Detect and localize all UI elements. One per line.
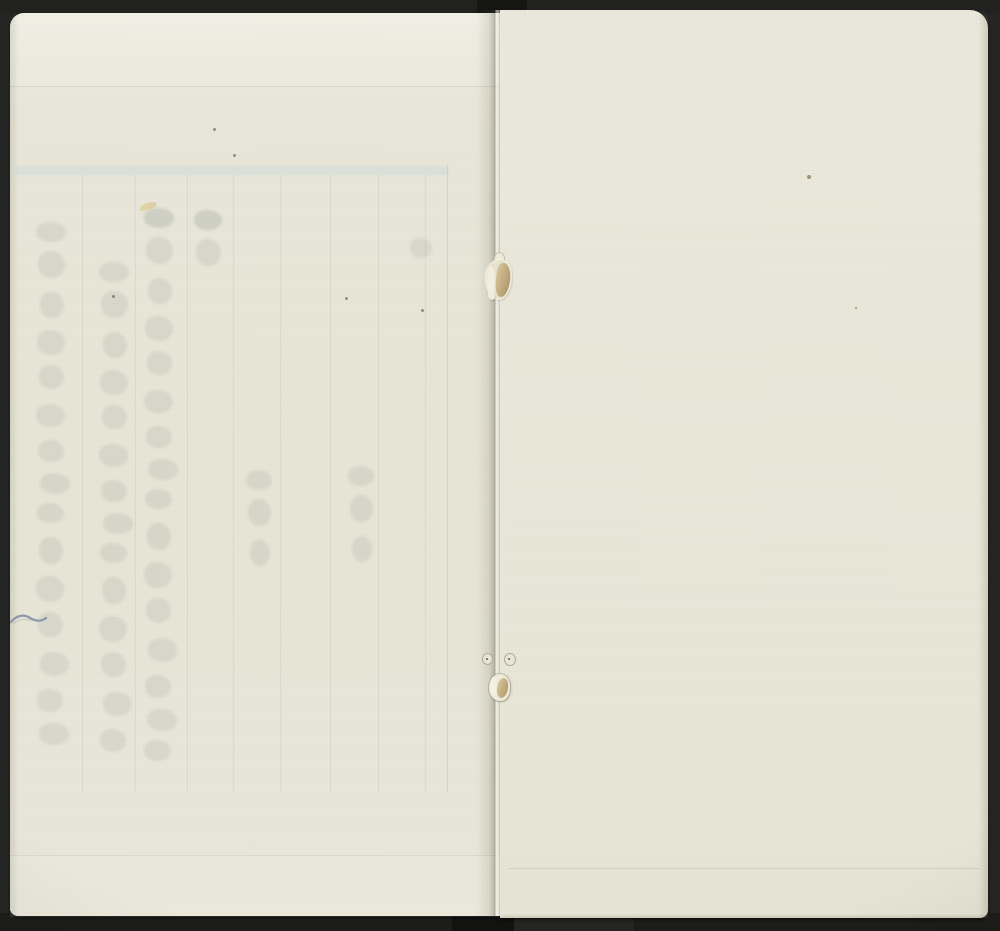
ghost-text-column [196, 210, 224, 280]
ghost-glyph-smudge [38, 251, 65, 278]
left-page-lower-tone-band [10, 855, 500, 917]
gutter-crease-ridge [494, 10, 501, 916]
ghost-text-column [38, 222, 68, 754]
ghost-glyph-smudge [144, 390, 173, 413]
ghost-glyph-smudge [103, 513, 133, 534]
ghost-text-column [412, 238, 434, 267]
ghost-glyph-smudge [144, 740, 171, 761]
ghost-glyph-smudge [36, 222, 66, 242]
pinhole-left [482, 653, 493, 665]
ghost-glyph-smudge [145, 489, 172, 509]
ghost-glyph-smudge [40, 473, 70, 494]
paper-speck [112, 295, 115, 298]
ghost-column-rule [280, 175, 281, 792]
ghost-column-rule [330, 175, 331, 792]
right-page-bottom-shading [500, 914, 988, 918]
ghost-glyph-smudge [196, 239, 221, 266]
ghost-glyph-smudge [148, 278, 172, 304]
ghost-glyph-smudge [40, 292, 64, 318]
ghost-glyph-smudge [99, 444, 128, 467]
ghost-glyph-smudge [147, 351, 172, 375]
ghost-column-rule [187, 175, 188, 792]
ghost-glyph-smudge [246, 470, 272, 490]
right-page-tone-line [508, 868, 980, 869]
ghost-column-rule [233, 175, 234, 792]
ghost-glyph-smudge [410, 238, 432, 258]
ghost-column-rule [82, 175, 83, 792]
ghost-text-column [101, 262, 131, 763]
ghost-glyph-smudge [145, 316, 173, 341]
ghost-glyph-smudge [147, 709, 177, 731]
pinhole-right [504, 653, 516, 666]
ghost-glyph-smudge [352, 536, 372, 562]
ghost-glyph-smudge [102, 577, 126, 604]
paper-speck [233, 154, 236, 157]
gutter-shadow [478, 10, 494, 916]
ghost-glyph-smudge [194, 210, 222, 230]
ghost-glyph-smudge [100, 370, 128, 395]
ghost-glyph-smudge [144, 562, 172, 588]
ghost-glyph-smudge [146, 426, 172, 448]
ghost-glyph-smudge [39, 365, 64, 389]
ghost-column-rule [425, 175, 426, 792]
ghost-text-column [146, 208, 176, 775]
ghost-glyph-smudge [100, 729, 126, 752]
ghost-column-rule [378, 175, 379, 792]
ghost-glyph-smudge [39, 723, 69, 745]
right-page-edge-shading [978, 10, 988, 918]
right-page [500, 10, 988, 918]
ghost-glyph-smudge [100, 543, 127, 563]
ghost-glyph-smudge [250, 540, 270, 566]
paper-texture [500, 10, 988, 918]
ghost-glyph-smudge [37, 689, 63, 712]
ghost-column-rule [135, 175, 136, 792]
ghost-glyph-smudge [146, 598, 171, 623]
ghost-glyph-smudge [39, 537, 63, 564]
paper-speck [345, 297, 348, 300]
wormhole-highlight [490, 677, 497, 696]
ghost-glyph-smudge [36, 404, 65, 427]
ghost-glyph-smudge [37, 503, 64, 523]
ghost-glyph-smudge [38, 440, 64, 462]
paper-texture [10, 13, 500, 916]
left-page-top-fold-band [10, 13, 500, 87]
ghost-glyph-smudge [103, 332, 127, 358]
left-page-edge-shading [10, 13, 19, 916]
ghost-text-column [248, 470, 274, 578]
ghost-frame-right-rule [447, 166, 448, 792]
paper-speck [421, 309, 424, 312]
ghost-glyph-smudge [37, 330, 65, 355]
ghost-glyph-smudge [40, 652, 69, 676]
ghost-glyph-smudge [103, 692, 132, 716]
ghost-glyph-smudge [145, 675, 171, 698]
ghost-glyph-smudge [101, 480, 127, 502]
ghost-glyph-smudge [350, 495, 373, 522]
ghost-glyph-smudge [99, 262, 129, 282]
paper-speck [855, 307, 857, 309]
ghost-glyph-smudge [99, 616, 127, 642]
paper-speck [807, 175, 811, 179]
ghost-glyph-smudge [348, 466, 374, 486]
ghost-glyph-smudge [102, 405, 127, 429]
left-page [10, 13, 500, 916]
ghost-glyph-smudge [146, 237, 173, 264]
ghost-glyph-smudge [148, 459, 178, 480]
page-edge-shadow-bottom [514, 919, 634, 931]
paper-speck [213, 128, 216, 131]
ghost-glyph-smudge [148, 638, 177, 662]
ghost-glyph-smudge [144, 208, 174, 228]
ghost-glyph-smudge [248, 499, 271, 526]
ghost-text-column [350, 466, 376, 574]
ghost-glyph-smudge [101, 652, 126, 677]
ghost-frame-top-band [12, 166, 449, 175]
ghost-glyph-smudge [147, 523, 171, 550]
blue-ink-mark [10, 610, 48, 630]
ghost-glyph-smudge [36, 576, 64, 602]
scanned-book-photo [0, 0, 1000, 931]
